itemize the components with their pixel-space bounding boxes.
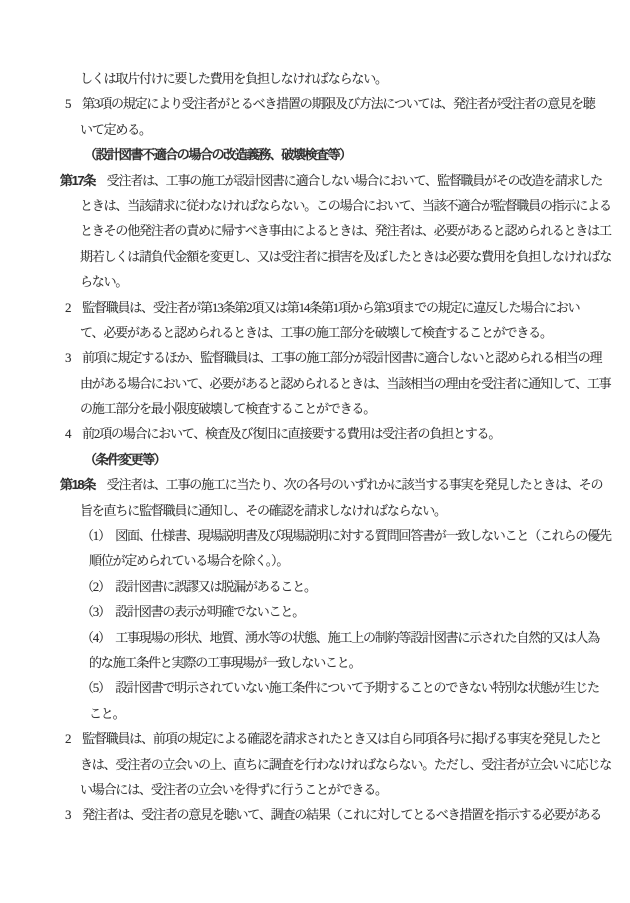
document-line: 第18条 受注者は、工事の施工に当たり、次の各号のいずれかに該当する事実を発見し… (60, 472, 600, 497)
document-page: しくは取片付けに要した費用を負担しなければならない。5 第3項の規定により受注者… (0, 0, 630, 903)
document-line: きは、受注者の立会いの上、直ちに調査を行わなければならない。ただし、受注者が立会… (60, 752, 600, 777)
document-line: 旨を直ちに監督職員に通知し、その確認を請求しなければならない。 (60, 498, 600, 523)
document-line: 2 監督職員は、前項の規定による確認を請求されたとき又は自ら同項各号に掲げる事実… (60, 726, 600, 751)
document-line: 2 監督職員は、受注者が第13条第2項又は第14条第1項から第3項までの規定に違… (60, 295, 600, 320)
document-line: 3 前項に規定するほか、監督職員は、工事の施工部分が設計図書に適合しないと認めら… (60, 345, 600, 370)
document-line: 第17条 受注者は、工事の施工が設計図書に適合しない場合において、監督職員がその… (60, 168, 600, 193)
document-line: の施工部分を最小限度破壊して検査することができる。 (60, 396, 600, 421)
document-line: 4 前2項の場合において、検査及び復旧に直接要する費用は受注者の負担とする。 (60, 421, 600, 446)
document-line: 5 第3項の規定により受注者がとるべき措置の期限及び方法については、発注者が受注… (60, 91, 600, 116)
document-line: こと。 (60, 701, 600, 726)
article-number: 第17条 (60, 173, 95, 188)
document-line: い場合には、受注者の立会いを得ずに行うことができる。 (60, 777, 600, 802)
document-line: らない。 (60, 269, 600, 294)
document-line: いて定める。 (60, 117, 600, 142)
section-heading: （条件変更等） (60, 447, 600, 472)
document-line: 3 発注者は、受注者の意見を聴いて、調査の結果（これに対してとるべき措置を指示す… (60, 802, 600, 827)
document-line: しくは取片付けに要した費用を負担しなければならない。 (60, 66, 600, 91)
document-line: 期若しくは請負代金額を変更し、又は受注者に損害を及ぼしたときは必要な費用を負担し… (60, 244, 600, 269)
document-line: ときは、当該請求に従わなければならない。この場合において、当該不適合が監督職員の… (60, 193, 600, 218)
document-text-block: しくは取片付けに要した費用を負担しなければならない。5 第3項の規定により受注者… (60, 66, 600, 828)
document-line: （5） 設計図書で明示されていない施工条件について予期することのできない特別な状… (60, 675, 600, 700)
document-line: （1） 図面、仕様書、現場説明書及び現場説明に対する質問回答書が一致しないこと（… (60, 523, 600, 548)
document-line: 順位が定められている場合を除く。）。 (60, 548, 600, 573)
document-line: 的な施工条件と実際の工事現場が一致しないこと。 (60, 650, 600, 675)
document-line: 由がある場合において、必要があると認められるときは、当該相当の理由を受注者に通知… (60, 371, 600, 396)
section-heading: （設計図書不適合の場合の改造義務、破壊検査等） (60, 142, 600, 167)
document-line: （3） 設計図書の表示が明確でないこと。 (60, 599, 600, 624)
article-number: 第18条 (60, 477, 95, 492)
document-line: ときその他発注者の責めに帰すべき事由によるときは、発注者は、必要があると認められ… (60, 218, 600, 243)
document-line: て、必要があると認められるときは、工事の施工部分を破壊して検査することができる。 (60, 320, 600, 345)
document-line: （2） 設計図書に誤謬又は脱漏があること。 (60, 574, 600, 599)
document-line: （4） 工事現場の形状、地質、湧水等の状態、施工上の制約等設計図書に示された自然… (60, 625, 600, 650)
